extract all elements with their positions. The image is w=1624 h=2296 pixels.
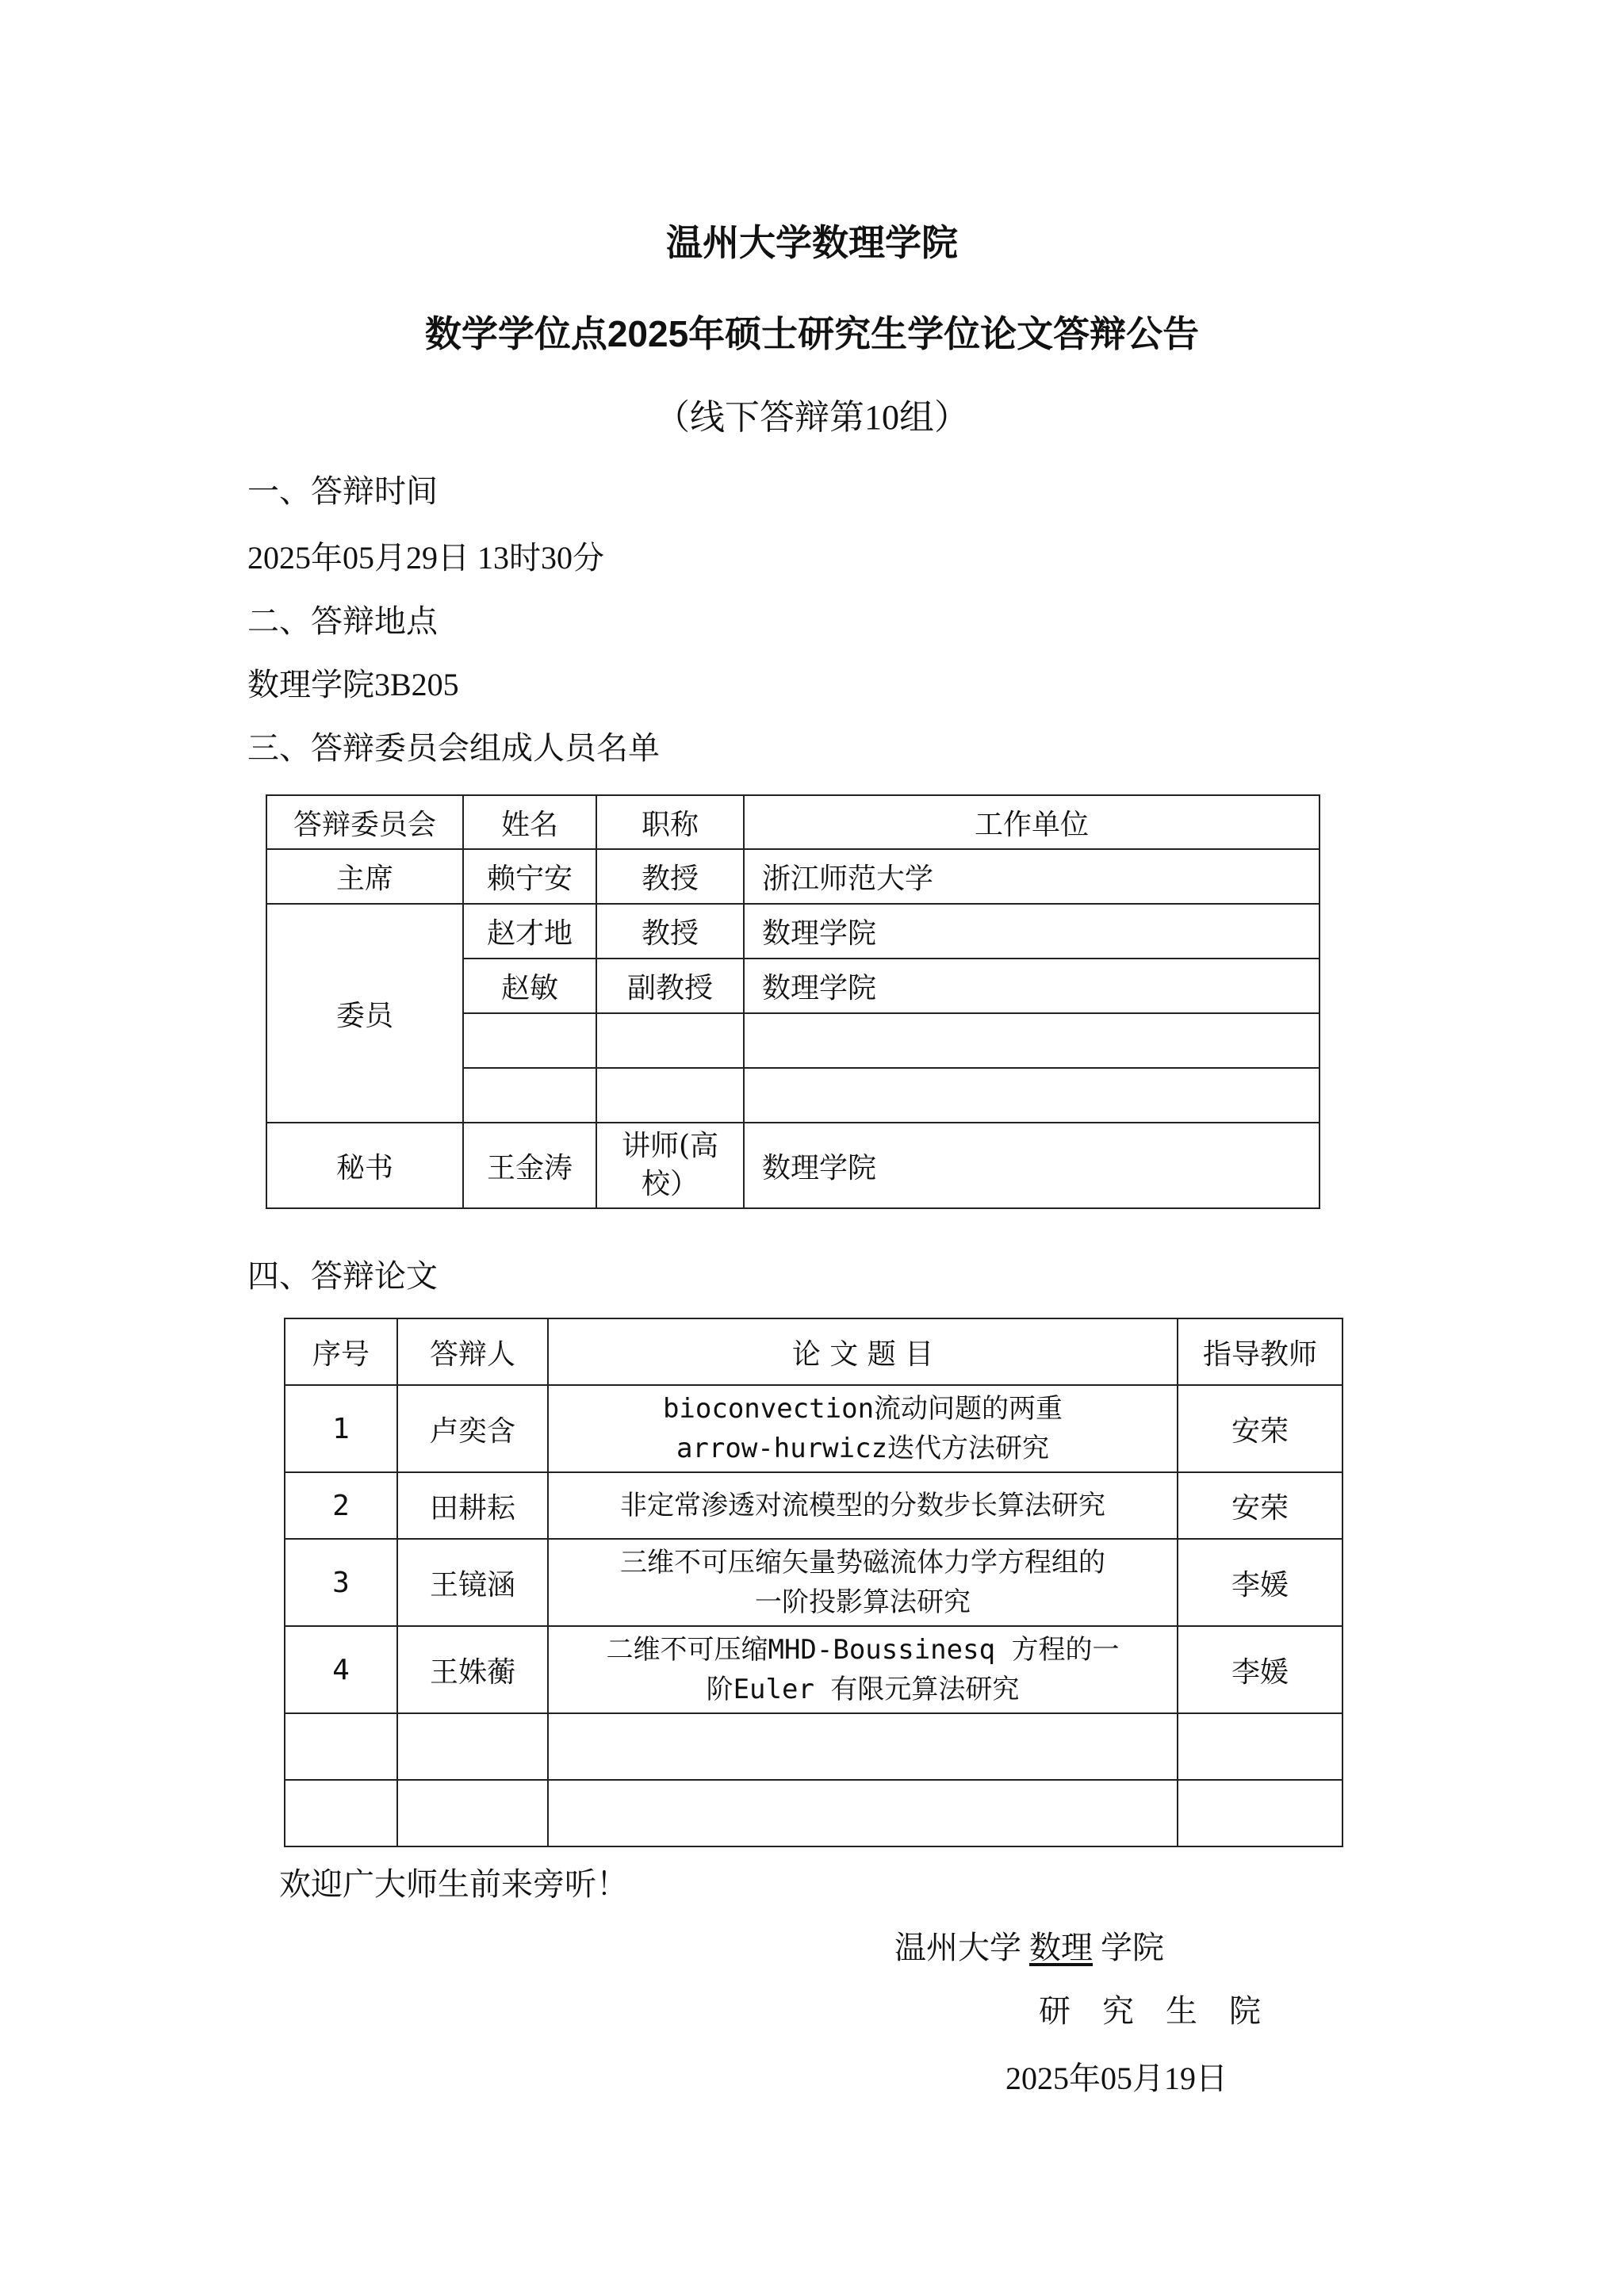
secretary-row: 秘书 王金涛 讲师(高校） 数理学院	[266, 1123, 1319, 1208]
title-announcement: 数学学位点2025年硕士研究生学位论文答辩公告	[0, 305, 1624, 358]
time-value: 2025年05月29日 13时30分	[247, 533, 604, 578]
thesis-advisor: 安荣	[1178, 1385, 1342, 1472]
issuer-graduate-school: 研 究 生 院	[1039, 1986, 1261, 2031]
member-unit	[744, 1068, 1319, 1123]
thesis-row: 4 王姝蘅 二维不可压缩MHD-Boussinesq 方程的一阶Euler 有限…	[285, 1626, 1342, 1713]
header-thesis-title: 论 文 题 目	[548, 1318, 1178, 1385]
thesis-number	[285, 1713, 397, 1780]
thesis-row-empty	[285, 1713, 1342, 1780]
secretary-name: 王金涛	[463, 1123, 596, 1208]
member-name	[463, 1013, 596, 1068]
thesis-title: 二维不可压缩MHD-Boussinesq 方程的一阶Euler 有限元算法研究	[548, 1626, 1178, 1713]
thesis-row: 2 田耕耘 非定常渗透对流模型的分数步长算法研究 安荣	[285, 1472, 1342, 1539]
thesis-number: 3	[285, 1539, 397, 1626]
header-student: 答辩人	[397, 1318, 548, 1385]
header-name: 姓名	[463, 795, 596, 849]
thesis-number: 4	[285, 1626, 397, 1713]
role-secretary: 秘书	[266, 1123, 463, 1208]
theses-header-row: 序号 答辩人 论 文 题 目 指导教师	[285, 1318, 1342, 1385]
thesis-title: 三维不可压缩矢量势磁流体力学方程组的一阶投影算法研究	[548, 1539, 1178, 1626]
chair-title: 教授	[596, 849, 744, 904]
header-title: 职称	[596, 795, 744, 849]
chair-unit: 浙江师范大学	[744, 849, 1319, 904]
header-advisor: 指导教师	[1178, 1318, 1342, 1385]
issuer-college-name: 数理	[1021, 1930, 1101, 1965]
thesis-title	[548, 1780, 1178, 1846]
theses-table: 序号 答辩人 论 文 题 目 指导教师 1 卢奕含 bioconvection流…	[284, 1318, 1343, 1847]
member-name: 赵敏	[463, 959, 596, 1013]
thesis-student: 田耕耘	[397, 1472, 548, 1539]
thesis-student: 王姝蘅	[397, 1626, 548, 1713]
thesis-advisor	[1178, 1780, 1342, 1846]
place-value: 数理学院3B205	[247, 660, 459, 705]
committee-table: 答辩委员会 姓名 职称 工作单位 主席 赖宁安 教授 浙江师范大学 委员 赵才地…	[266, 794, 1320, 1209]
issuer-suffix: 学院	[1101, 1930, 1164, 1965]
thesis-student: 王镜涵	[397, 1539, 548, 1626]
place-heading: 二、答辩地点	[247, 596, 438, 641]
role-chair: 主席	[266, 849, 463, 904]
chair-name: 赖宁安	[463, 849, 596, 904]
thesis-title-line1: 非定常渗透对流模型的分数步长算法研究	[549, 1486, 1177, 1525]
thesis-number: 1	[285, 1385, 397, 1472]
thesis-student	[397, 1713, 548, 1780]
committee-heading: 三、答辩委员会组成人员名单	[247, 723, 660, 768]
secretary-title: 讲师(高校）	[596, 1123, 744, 1208]
issue-date: 2025年05月19日	[1005, 2053, 1228, 2099]
member-title: 副教授	[596, 959, 744, 1013]
member-title: 教授	[596, 904, 744, 959]
secretary-unit: 数理学院	[744, 1123, 1319, 1208]
thesis-number	[285, 1780, 397, 1846]
thesis-title-line1: 二维不可压缩MHD-Boussinesq 方程的一	[549, 1630, 1177, 1670]
member-unit: 数理学院	[744, 959, 1319, 1013]
thesis-title: 非定常渗透对流模型的分数步长算法研究	[548, 1472, 1178, 1539]
member-row: 委员 赵才地 教授 数理学院	[266, 904, 1319, 959]
thesis-row: 3 王镜涵 三维不可压缩矢量势磁流体力学方程组的一阶投影算法研究 李媛	[285, 1539, 1342, 1626]
member-title	[596, 1068, 744, 1123]
thesis-title-line2: arrow-hurwicz迭代方法研究	[549, 1429, 1177, 1468]
thesis-student: 卢奕含	[397, 1385, 548, 1472]
thesis-advisor	[1178, 1713, 1342, 1780]
thesis-advisor: 李媛	[1178, 1626, 1342, 1713]
member-title	[596, 1013, 744, 1068]
role-members: 委员	[266, 904, 463, 1123]
thesis-title-line2: 一阶投影算法研究	[549, 1582, 1177, 1622]
committee-header-row: 答辩委员会 姓名 职称 工作单位	[266, 795, 1319, 849]
thesis-title-line1: 三维不可压缩矢量势磁流体力学方程组的	[549, 1543, 1177, 1582]
theses-heading: 四、答辩论文	[247, 1251, 438, 1296]
thesis-title-line1: bioconvection流动问题的两重	[549, 1389, 1177, 1429]
issuer-college: 温州大学数理学院	[894, 1923, 1164, 1968]
thesis-title: bioconvection流动问题的两重arrow-hurwicz迭代方法研究	[548, 1385, 1178, 1472]
subtitle-group: （线下答辩第10组）	[0, 388, 1624, 439]
header-committee: 答辩委员会	[266, 795, 463, 849]
thesis-student	[397, 1780, 548, 1846]
chair-row: 主席 赖宁安 教授 浙江师范大学	[266, 849, 1319, 904]
title-university-college: 温州大学数理学院	[0, 214, 1624, 266]
welcome-text: 欢迎广大师生前来旁听！	[279, 1859, 628, 1904]
thesis-row-empty	[285, 1780, 1342, 1846]
thesis-row: 1 卢奕含 bioconvection流动问题的两重arrow-hurwicz迭…	[285, 1385, 1342, 1472]
thesis-number: 2	[285, 1472, 397, 1539]
time-heading: 一、答辩时间	[247, 466, 438, 511]
thesis-advisor: 安荣	[1178, 1472, 1342, 1539]
member-name	[463, 1068, 596, 1123]
issuer-prefix: 温州大学	[894, 1930, 1021, 1965]
member-name: 赵才地	[463, 904, 596, 959]
member-unit	[744, 1013, 1319, 1068]
thesis-advisor: 李媛	[1178, 1539, 1342, 1626]
header-number: 序号	[285, 1318, 397, 1385]
header-unit: 工作单位	[744, 795, 1319, 849]
member-unit: 数理学院	[744, 904, 1319, 959]
thesis-title-line2: 阶Euler 有限元算法研究	[549, 1670, 1177, 1709]
thesis-title	[548, 1713, 1178, 1780]
